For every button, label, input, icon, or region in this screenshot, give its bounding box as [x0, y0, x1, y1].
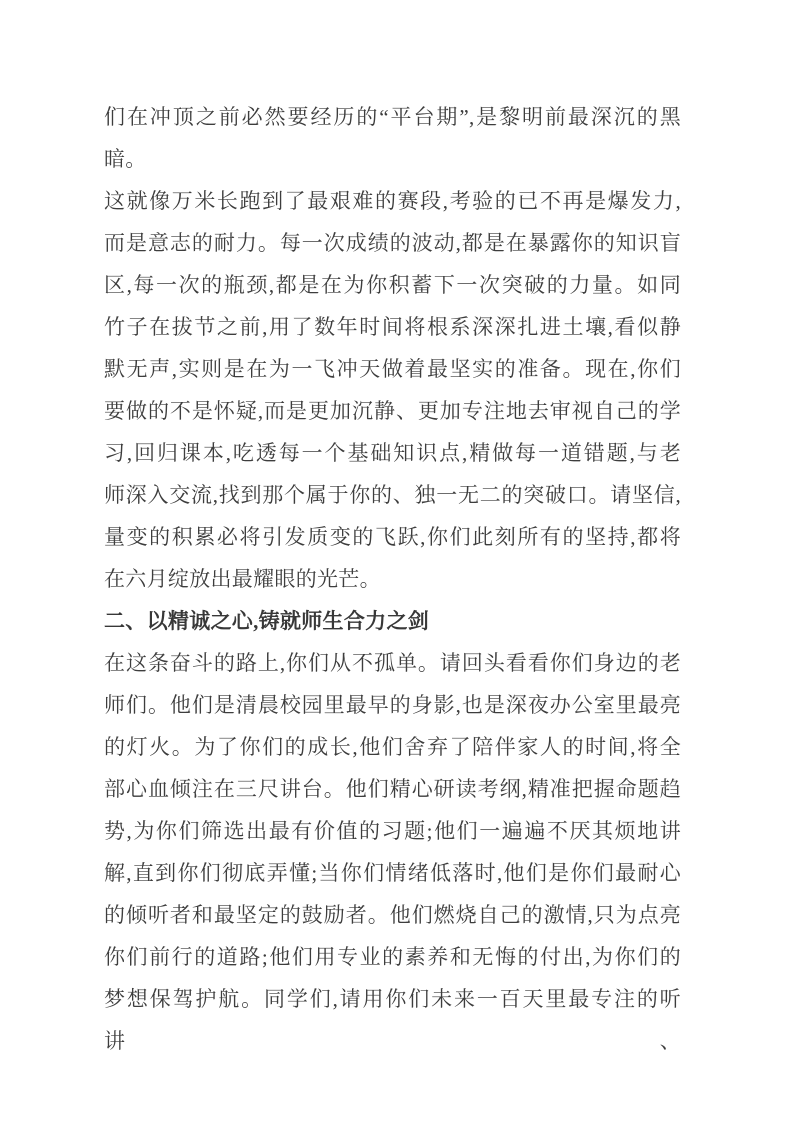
text-line: 暗。	[104, 138, 681, 180]
text-line: 们在冲顶之前必然要经历的“平台期”,是黎明前最深沉的黑	[104, 96, 681, 138]
text-line: 师们。他们是清晨校园里最早的身影,也是深夜办公室里最亮	[104, 684, 681, 726]
text-line: 在这条奋斗的路上,你们从不孤单。请回头看看你们身边的老	[104, 642, 681, 684]
text-line: 的倾听者和最坚定的鼓励者。他们燃烧自己的激情,只为点亮	[104, 894, 681, 936]
text-line: 要做的不是怀疑,而是更加沉静、更加专注地去审视自己的学	[104, 390, 681, 432]
text-line: 师深入交流,找到那个属于你的、独一无二的突破口。请坚信,	[104, 474, 681, 516]
text-line: 而是意志的耐力。每一次成绩的波动,都是在暴露你的知识盲	[104, 222, 681, 264]
text-line: 习,回归课本,吃透每一个基础知识点,精做每一道错题,与老	[104, 432, 681, 474]
text-line: 部心血倾注在三尺讲台。他们精心研读考纲,精准把握命题趋	[104, 768, 681, 810]
text-line: 默无声,实则是在为一飞冲天做着最坚实的准备。现在,你们	[104, 348, 681, 390]
section-heading: 二、以精诚之心,铸就师生合力之剑	[104, 600, 681, 642]
text-line: 的灯火。为了你们的成长,他们舍弃了陪伴家人的时间,将全	[104, 726, 681, 768]
text-line: 区,每一次的瓶颈,都是在为你积蓄下一次突破的力量。如同	[104, 264, 681, 306]
text-line: 在六月绽放出最耀眼的光芒。	[104, 558, 681, 600]
text-line: 量变的积累必将引发质变的飞跃,你们此刻所有的坚持,都将	[104, 516, 681, 558]
document-text-block: 们在冲顶之前必然要经历的“平台期”,是黎明前最深沉的黑 暗。 这就像万米长跑到了…	[104, 96, 681, 1020]
text-line: 这就像万米长跑到了最艰难的赛段,考验的已不再是爆发力,	[104, 180, 681, 222]
text-line: 梦想保驾护航。同学们,请用你们未来一百天里最专注的听讲、	[104, 978, 681, 1020]
text-line: 竹子在拔节之前,用了数年时间将根系深深扎进土壤,看似静	[104, 306, 681, 348]
text-line: 解,直到你们彻底弄懂;当你们情绪低落时,他们是你们最耐心	[104, 852, 681, 894]
text-line: 你们前行的道路;他们用专业的素养和无悔的付出,为你们的	[104, 936, 681, 978]
text-line: 势,为你们筛选出最有价值的习题;他们一遍遍不厌其烦地讲	[104, 810, 681, 852]
document-page: 们在冲顶之前必然要经历的“平台期”,是黎明前最深沉的黑 暗。 这就像万米长跑到了…	[0, 0, 793, 1122]
